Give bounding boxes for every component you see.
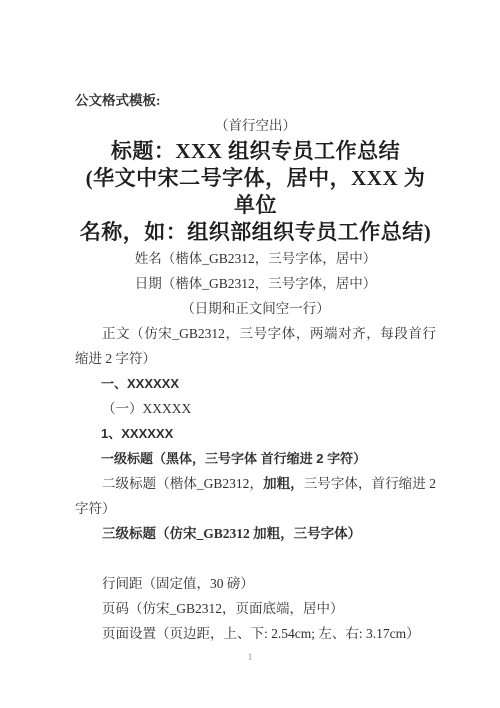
date-body-gap-note: （日期和正文间空一行） [75,296,436,321]
line-spacing-note: 行间距（固定值，30 磅） [75,571,436,596]
list-item-level3: 1、XXXXXX [75,421,436,446]
page-setup-note: 页面设置（页边距，上、下: 2.54cm; 左、右: 3.17cm） [75,621,436,646]
document-page: 公文格式模板: （首行空出） 标题：XXX 组织专员工作总结 (华文中宋二号字体… [0,0,500,708]
first-line-blank-note: （首行空出） [75,113,436,138]
heading2-note-prefix: 二级标题（楷体_GB2312， [102,476,263,491]
title-line-1: 标题：XXX 组织专员工作总结 [75,138,436,165]
list-item-level2: （一）XXXXX [75,396,436,421]
list-item-level1: 一、XXXXXX [75,371,436,396]
heading1-format-note: 一级标题（黑体，三号字体 首行缩进 2 字符） [75,446,436,471]
name-format-note: 姓名（楷体_GB2312，三号字体，居中） [75,246,436,271]
body-text-format-note: 正文（仿宋_GB2312，三号字体，两端对齐，每段首行缩进 2 字符） [75,321,436,371]
title-line-3: 名称，如：组织部组织专员工作总结) [75,219,436,246]
page-number-format-note: 页码（仿宋_GB2312，页面底端，居中） [75,596,436,621]
date-format-note: 日期（楷体_GB2312，三号字体，居中） [75,271,436,296]
heading2-format-note: 二级标题（楷体_GB2312，加粗，三号字体，首行缩进 2 字符） [75,471,436,521]
heading3-format-note: 三级标题（仿宋_GB2312 加粗，三号字体） [75,521,436,546]
title-line-2: (华文中宋二号字体，居中，XXX 为单位 [75,165,436,219]
heading2-note-bold-word: 加粗， [263,476,304,491]
footer-page-number: 1 [0,652,500,662]
blank-spacer-line [75,546,436,571]
template-header-label: 公文格式模板: [75,88,436,113]
